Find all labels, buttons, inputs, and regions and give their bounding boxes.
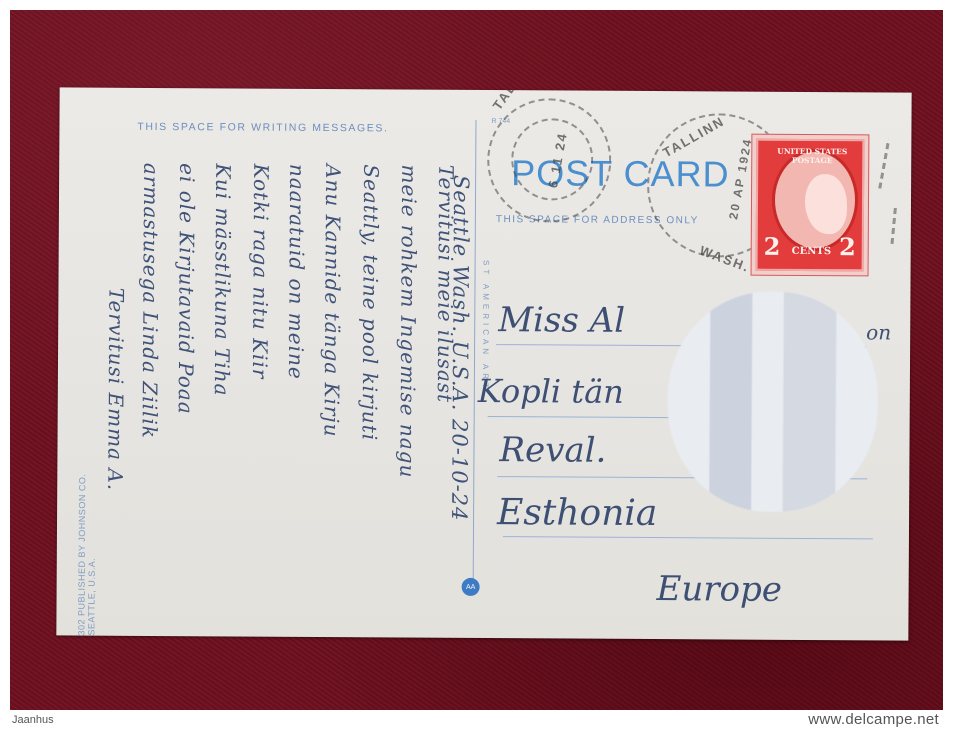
message-space-header: THIS SPACE FOR WRITING MESSAGES. — [137, 121, 388, 135]
address-line-2: Kopli tän — [478, 372, 624, 411]
message-signature: Tervitusi Emma A. — [103, 288, 128, 492]
stamp-value-right: 2 — [839, 232, 856, 261]
pixelated-redaction — [667, 291, 878, 512]
address-rule — [503, 536, 873, 539]
photo-background: THIS SPACE FOR WRITING MESSAGES. 302 PUB… — [10, 10, 943, 710]
postcard: THIS SPACE FOR WRITING MESSAGES. 302 PUB… — [56, 87, 911, 640]
date-line: Seattle Wash. U.S.A. 20-10-24 — [447, 175, 473, 522]
site-watermark: www.delcampe.net — [808, 711, 939, 728]
message-line: armastusega Linda Ziilik — [138, 163, 164, 439]
stamp-design: UNITED STATES POSTAGE 2 2 CENTS — [756, 139, 865, 272]
message-line: ei ole Kirjutavaid Poaa — [174, 163, 200, 415]
message-line: Kotki raga nitu Kiir — [248, 164, 273, 380]
address-line-5: Europe — [657, 569, 783, 610]
publisher-logo-icon: AA — [462, 578, 480, 596]
address-line-3: Reval. — [499, 430, 606, 471]
watermark-footer: Jaanhus www.delcampe.net — [0, 710, 953, 730]
message-line: naaratuid on meine — [284, 164, 309, 380]
message-line: Anu Kannide tänga Kirju — [320, 164, 346, 438]
washington-portrait-icon — [805, 174, 847, 234]
stamp-denomination: CENTS — [792, 246, 831, 257]
message-line: Kui mässtlikuna Tiha — [210, 163, 235, 396]
publisher-imprint: 302 PUBLISHED BY JOHNSON CO. SEATTLE, U.… — [76, 448, 97, 636]
address-line-1: Miss Al — [498, 300, 625, 341]
stamp-value-left: 2 — [764, 232, 781, 261]
address-line-1-suffix: on — [866, 320, 891, 344]
cancel-marks — [878, 139, 890, 189]
message-line: meie rohkem Ingemise nagu — [395, 164, 421, 478]
address-line-4: Esthonia — [497, 492, 657, 534]
seller-name: Jaanhus — [12, 714, 54, 726]
message-line: Seattly, teine pool kirjuti — [358, 164, 384, 441]
cancel-marks — [891, 204, 898, 244]
postage-stamp: UNITED STATES POSTAGE 2 2 CENTS — [751, 134, 870, 277]
stamp-caption: UNITED STATES POSTAGE — [764, 147, 860, 166]
